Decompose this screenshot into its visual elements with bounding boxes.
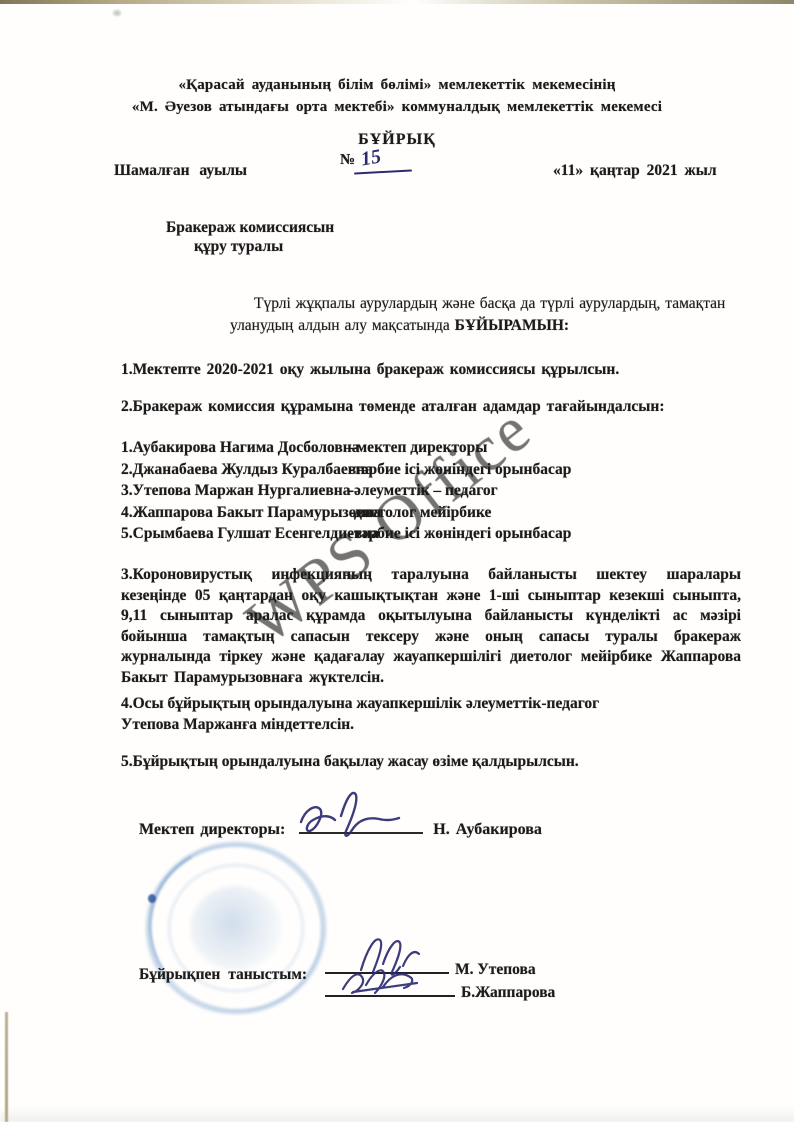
order-item-3: 3.Короновирустық инфекцияның таралуына б… [121,565,741,688]
member-name: 3.Утепова Маржан Нургалиевна [121,480,345,502]
organization-header: «Қарасай ауданының білім бөлімі» мемлеке… [0,74,794,118]
order-item-5: 5.Бұйрықтың орындалуына бақылау жасау өз… [121,753,579,771]
member-name: 5.Срымбаева Гулшат Есенгелдиевна [121,523,345,545]
scan-top-edge-artifact [0,0,794,4]
header-line-1: «Қарасай ауданының білім бөлімі» мемлеке… [0,74,794,96]
order-number-handwritten-value: 15 [359,145,383,171]
member-name: 2.Джанабаева Жулдыз Куралбаевна [121,459,345,481]
member-role: -тәрбие ісі жөніндегі орынбасар [349,525,572,542]
director-signature-row: Мектеп директоры: Н. Аубакирова [139,818,542,839]
order-item-4: 4.Осы бұйрықтың орындалуына жауапкершілі… [121,693,599,735]
ack-signature-line-1 [325,958,449,974]
ack-name-2: Б.Жаппарова [461,984,555,1001]
scan-speck-artifact [113,10,121,16]
stamp-ink-dot [148,894,156,903]
commission-member-row: 5.Срымбаева Гулшат Есенгелдиевна -тәрбие… [121,523,571,545]
director-signature-line [299,818,423,834]
preamble-directive-word: БҰЙЫРАМЫН: [455,317,569,334]
acknowledgement-line-1: М. Утепова [325,961,536,978]
director-signature-ink [293,784,421,842]
commission-member-row: 3.Утепова Маржан Нургалиевна -әлеуметтік… [121,480,571,502]
header-line-2: «М. Әуезов атындағы орта мектебі» коммун… [0,96,794,118]
member-role: -диетолог мейірбике [349,504,492,521]
order-subject: Бракераж комиссиясын құру туралы [166,218,334,256]
acknowledgement-signatures: М. Утепова Б.Жаппарова [325,958,555,1004]
director-name: Н. Аубакирова [433,821,542,838]
member-role: -әлеуметтік – педагог [349,482,498,499]
place-label: Шамалған ауылы [114,162,247,180]
ack-name-1: М. Утепова [455,961,536,978]
order-number: №15 [340,147,381,170]
subject-line-1: Бракераж комиссиясын [166,218,334,237]
commission-member-row: 1.Аубакирова Нагима Досболовна –мектеп д… [121,437,571,459]
commission-member-row: 4.Жаппарова Бакыт Парамурызовна -диетоло… [121,502,571,524]
acknowledgement-row: Бұйрықпен таныстым: М. Утепова Б.Жаппаро… [139,958,555,1004]
scan-bottom-smudge-artifact [0,1106,794,1122]
order-item-1: 1.Мектепте 2020-2021 оқу жылына бракераж… [121,361,619,379]
item-4-line-2: Утепова Маржанға міндеттелсін. [121,716,354,733]
order-item-2: 2.Бракераж комиссия құрамына төменде ата… [121,398,664,416]
member-name: 1.Аубакирова Нагима Досболовна [121,437,345,459]
date-label: «11» қаңтар 2021 жыл [553,162,717,180]
member-role: -тәрбие ісі жөніндегі орынбасар [349,461,572,478]
item-4-line-1: 4.Осы бұйрықтың орындалуына жауапкершілі… [121,695,599,712]
member-role: –мектеп директоры [349,439,488,456]
director-label: Мектеп директоры: [139,821,285,838]
member-name: 4.Жаппарова Бакыт Парамурызовна [121,502,345,524]
subject-line-2: құру туралы [166,237,334,256]
order-number-label: № [340,152,355,168]
ack-signature-ink-1 [353,928,427,978]
acknowledgement-line-2: Б.Жаппарова [325,984,555,1001]
commission-member-row: 2.Джанабаева Жулдыз Куралбаевна -тәрбие … [121,459,571,481]
commission-list: 1.Аубакирова Нагима Досболовна –мектеп д… [121,437,571,545]
acknowledged-label: Бұйрықпен таныстым: [139,958,307,984]
order-title: БҰЙРЫҚ [0,131,794,149]
ack-signature-line-2 [325,981,455,997]
preamble-paragraph: Түрлі жұқпалы аурулардың және басқа да т… [230,293,744,337]
document-page: WPS Office «Қарасай ауданының білім бөлі… [0,0,794,1122]
